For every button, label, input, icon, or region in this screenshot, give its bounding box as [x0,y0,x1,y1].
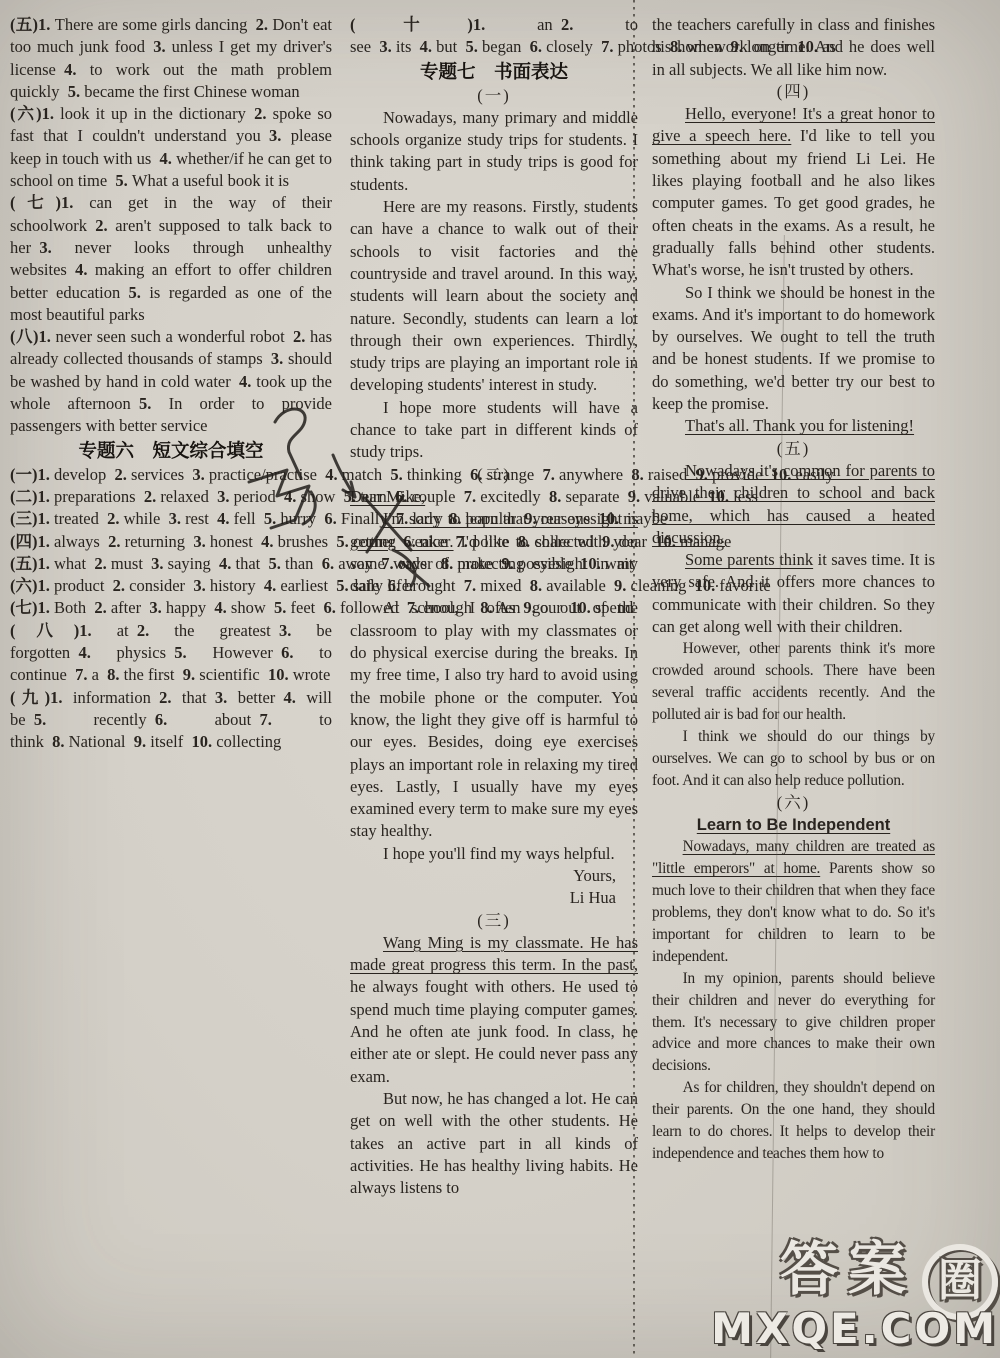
essay-paragraph: Here are my reasons. Firstly, students c… [350,196,638,397]
essay-number-marker: (五) [652,438,935,460]
text-run: Here are my reasons. Firstly, students c… [350,197,638,394]
essay-paragraph: Nowadays, many primary and middle school… [350,107,638,196]
text-run: As for children, they shouldn't depend o… [652,1079,935,1162]
text-run: Nowadays, many primary and middle school… [350,108,638,194]
answer-number: 7. [75,665,87,684]
text-run: Wang Ming is my classmate. He has made g… [350,933,638,974]
answer-line: (八)1. at2. the greatest3. be forgotten4.… [10,620,332,687]
answer-number: 2. [94,598,106,617]
answer-number: 3. [169,509,181,528]
answer-number: 5. [128,283,140,302]
essay-paragraph: the teachers carefully in class and fini… [652,14,935,81]
answer-number: 7. [259,710,271,729]
answer-number: (六)1. [10,104,54,123]
answer-number: 4. [160,149,172,168]
text-run: Some parents think [685,550,813,569]
watermark: 答案圈 MXQE.COM [518,1234,1000,1352]
answer-number: 3. [149,598,161,617]
answer-number: (十)1. [350,15,485,34]
answer-number: 2. [159,688,171,707]
answer-number: 6. [281,643,293,662]
answer-number: 2. [114,465,126,484]
answer-number: 2. [95,216,107,235]
answer-number: 2. [107,509,119,528]
answer-number: 6. [530,37,542,56]
answer-number: 4. [284,688,296,707]
text-run: the teachers carefully in class and fini… [652,15,935,79]
essay-paragraph: As for children, they shouldn't depend o… [652,1077,935,1165]
answer-number: 2. [137,621,149,640]
answer-number: 4. [78,643,90,662]
essay-paragraph: Hello, everyone! It's a great honor to g… [652,103,935,281]
answer-number: 2. [256,15,268,34]
answer-number: (八)1. [10,327,51,346]
essay-paragraph: At school, I often go out of the classro… [350,597,638,842]
text-run: But now, he has changed a lot. He can ge… [350,1089,638,1197]
answer-number: (七)1. [10,598,50,617]
text-run: I hope you'll find my ways helpful. [383,844,615,863]
answer-number: (六)1. [10,576,50,595]
answer-number: 3. [269,126,281,145]
answer-number: (八)1. [10,621,92,640]
answer-number: 9. [134,732,146,751]
answer-number: 5. [466,37,478,56]
answer-line: (五)1. There are some girls dancing2. Don… [10,14,332,103]
answer-number: (七)1. [10,193,73,212]
dotted-column-divider [633,0,635,1358]
answer-number: (二)1. [10,487,50,506]
answer-number: (五)1. [10,554,50,573]
answer-number: 4. [75,260,87,279]
answer-number: 2. [293,327,305,346]
text-run: So I think we should be honest in the ex… [652,283,935,413]
answer-number: 4. [420,37,432,56]
answer-number: 5. [174,643,186,662]
answer-number: 4. [64,60,76,79]
essay-paragraph: Nowadays, many children are treated as "… [652,836,935,967]
essay-paragraph: In my opinion, parents should believe th… [652,968,935,1078]
answer-number: 8. [52,732,64,751]
essay-paragraph: So I think we should be honest in the ex… [652,282,935,416]
answer-number: 5. [34,710,46,729]
essay-paragraph: Some parents think it saves time. It is … [652,549,935,638]
answer-number: 3. [279,621,291,640]
answer-line: (七)1. can get in the way of their school… [10,192,332,326]
answer-number: (一)1. [10,465,50,484]
essay-paragraph: Wang Ming is my classmate. He has made g… [350,932,638,1088]
answer-number: 2. [94,554,106,573]
answer-number: 2. [113,576,125,595]
watermark-logo-text: 答案 [780,1235,916,1303]
essay-paragraph: That's all. Thank you for listening! [652,415,935,437]
answer-number: 5. [68,82,80,101]
answer-number: (五)1. [10,15,50,34]
essay-number-marker: (一) [350,85,638,107]
answer-line: (九)1. information2. that3. better4. will… [10,687,332,754]
answer-number: 6. [155,710,167,729]
answer-line: (七)1. Both2. after3. happy4. show5. feet… [10,597,332,619]
signature-line: Li Hua [350,887,638,909]
pen-scribble-annotation [215,400,465,600]
text-run: Nowadays it's common for parents to driv… [652,461,935,547]
essay-paragraph: I hope you'll find my ways helpful. [350,843,638,865]
answer-number: 4. [239,372,251,391]
essay-paragraph: However, other parents think it's more c… [652,638,935,726]
answer-number: 2. [561,15,573,34]
answer-number: (三)1. [10,509,50,528]
essay-title: Learn to Be Independent [652,814,935,836]
answer-number: 3. [193,532,205,551]
essay-number-marker: (四) [652,81,935,103]
answer-number: 5. [274,598,286,617]
answer-number: 3. [39,238,51,257]
answer-line: (十)1. an2. to see3. its4. but5. began6. … [350,14,638,59]
answer-number: (四)1. [10,532,50,551]
signature-line: Yours, [350,865,638,887]
essay-number-marker: (六) [652,792,935,814]
essay-paragraph: I think we should do our things by ourse… [652,726,935,792]
answer-number: (九)1. [10,688,62,707]
answer-number: 6. [323,598,335,617]
answer-number: 2. [108,532,120,551]
text-run: I think we should do our things by ourse… [652,728,935,789]
answer-number: 3. [271,349,283,368]
text-run: However, other parents think it's more c… [652,640,935,723]
section-heading: 专题七 书面表达 [350,60,638,84]
answer-number: 5. [115,171,127,190]
text-run: I'd like to tell you something about my … [652,126,935,279]
answer-number: 3. [153,37,165,56]
watermark-site-url: MXQE.COM [518,1306,998,1352]
text-run: That's all. Thank you for listening! [685,416,914,435]
answer-key-page: (五)1. There are some girls dancing2. Don… [0,0,1000,1358]
essay-paragraph: Nowadays it's common for parents to driv… [652,460,935,549]
answer-number: 3. [192,465,204,484]
answer-number: 3. [151,554,163,573]
text-run: he always fought with others. He used to… [350,977,638,1085]
answer-number: 3. [379,37,391,56]
column-1: (五)1. There are some girls dancing2. Don… [10,14,332,754]
answer-line: (六)1. look it up in the dictionary2. spo… [10,103,332,192]
text-run: At school, I often go out of the classro… [350,598,638,840]
answer-number: 2. [254,104,266,123]
answer-number: 2. [144,487,156,506]
answer-number: 8. [107,665,119,684]
answer-number: 10. [268,665,289,684]
column-3: the teachers carefully in class and fini… [652,14,935,1165]
answer-number: 7. [601,37,613,56]
text-run: In my opinion, parents should believe th… [652,970,935,1075]
answer-number: 4. [214,598,226,617]
answer-number: 3. [215,688,227,707]
answer-number: 9. [183,665,195,684]
answer-number: 10. [192,732,213,751]
column-2: (十)1. an2. to see3. its4. but5. began6. … [350,14,638,1199]
answer-number: 3. [193,576,205,595]
essay-number-marker: (三) [350,910,638,932]
essay-paragraph: But now, he has changed a lot. He can ge… [350,1088,638,1199]
answer-number: 5. [139,394,151,413]
